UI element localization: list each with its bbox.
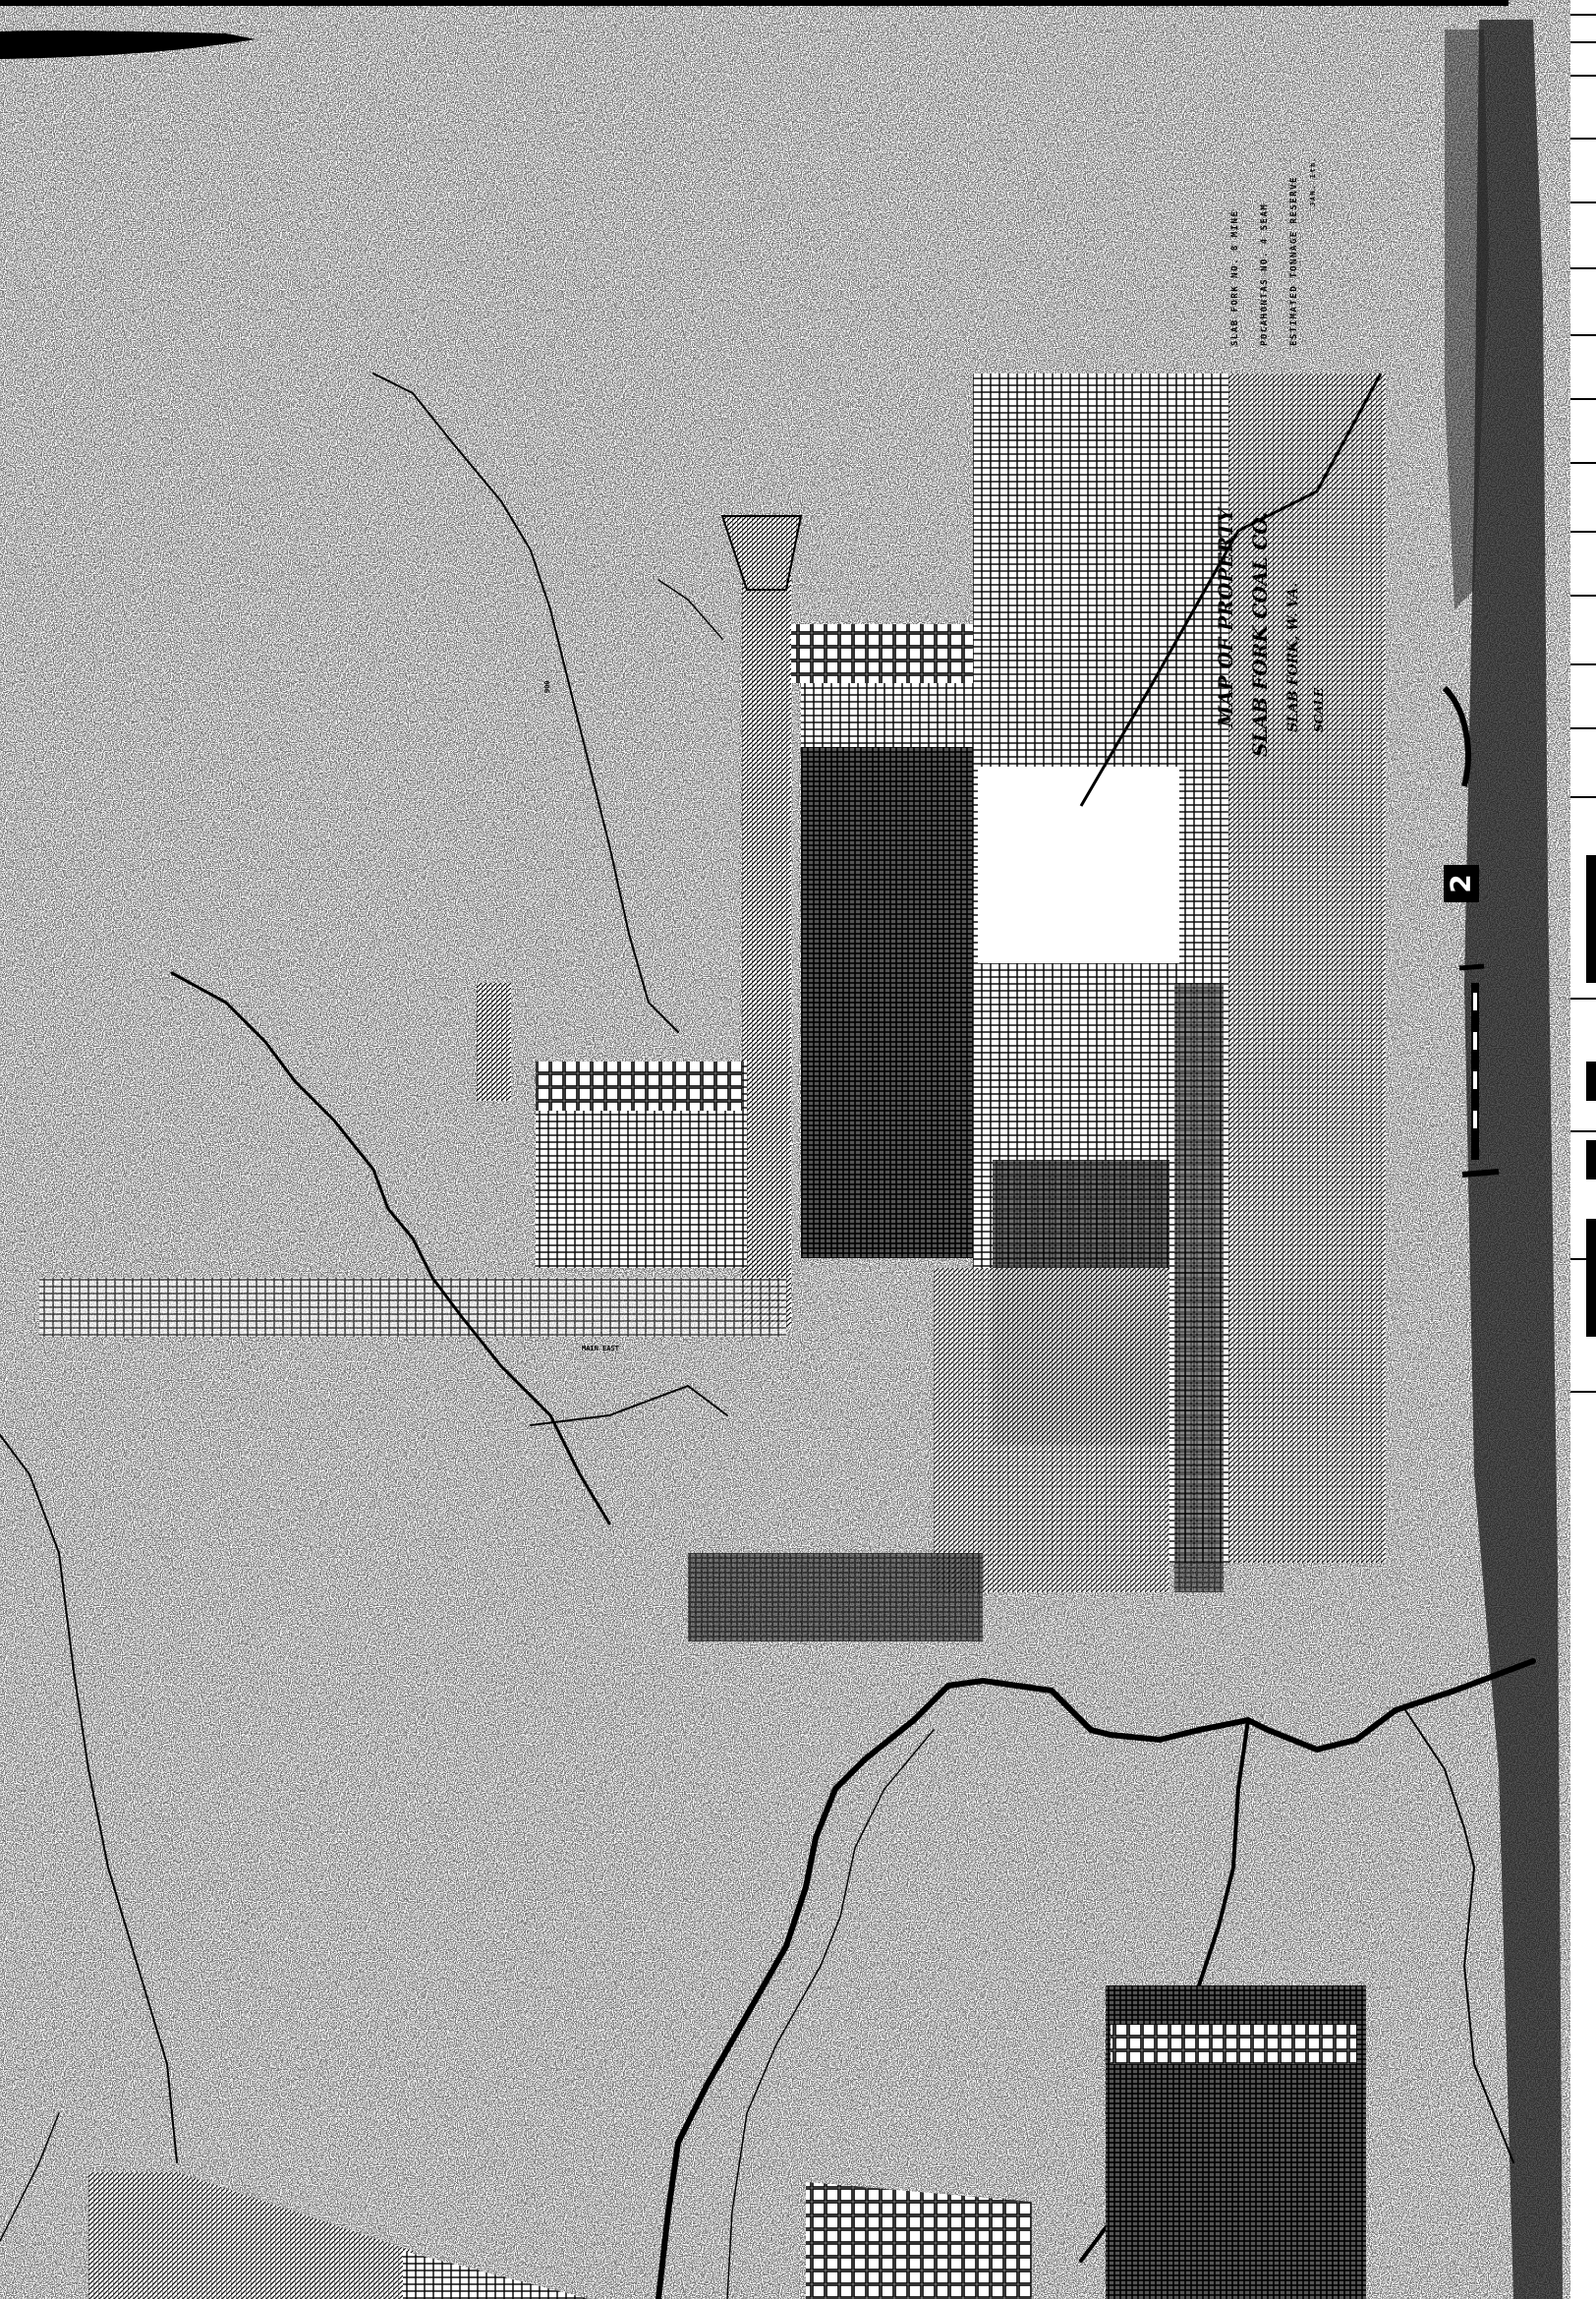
edge-tick: [1570, 531, 1596, 533]
edge-tick: [1570, 334, 1596, 336]
edge-tick: [1570, 398, 1596, 400]
sheet-top-border: [0, 0, 1509, 6]
edge-tick: [1570, 663, 1596, 665]
location: SLAB FORK, W. VA.: [1285, 583, 1301, 732]
sheet-number-badge: 2: [1444, 865, 1479, 902]
edge-tick: [1570, 998, 1596, 1000]
scale-label: SCALE: [1312, 688, 1326, 732]
edge-tick: [1570, 41, 1596, 43]
map-title: MAP OF PROPERTY: [1214, 508, 1237, 727]
contour-label: 900: [543, 680, 551, 693]
legend-line-seam: POCAHONTAS NO. 4 SEAM: [1260, 203, 1270, 346]
edge-block: [1586, 1140, 1596, 1179]
edge-block: [1586, 1219, 1596, 1337]
edge-tick: [1570, 75, 1596, 77]
company-name: SLAB FORK COAL CO.: [1248, 512, 1272, 758]
edge-tick: [1570, 267, 1596, 269]
mine-map-canvas: [0, 0, 1596, 2299]
edge-tick: [1570, 201, 1596, 203]
legend-line-tonnage: ESTIMATED TONNAGE RESERVE: [1289, 176, 1299, 346]
edge-tick: [1570, 727, 1596, 729]
sheet-number: 2: [1443, 874, 1480, 892]
legend-date: JAN. 1th.: [1309, 156, 1317, 206]
edge-tick: [1570, 462, 1596, 464]
legend-line-mine: SLAB FORK NO. 8 MINE: [1230, 210, 1240, 346]
edge-block: [1586, 1062, 1596, 1101]
edge-tick: [1570, 595, 1596, 597]
main-entry-label: MAIN EAST: [582, 1345, 619, 1352]
edge-tick: [1570, 1130, 1596, 1132]
edge-tick: [1570, 1391, 1596, 1393]
edge-tick: [1570, 14, 1596, 16]
edge-tick: [1570, 138, 1596, 140]
edge-block: [1586, 855, 1596, 983]
edge-tick: [1570, 796, 1596, 798]
